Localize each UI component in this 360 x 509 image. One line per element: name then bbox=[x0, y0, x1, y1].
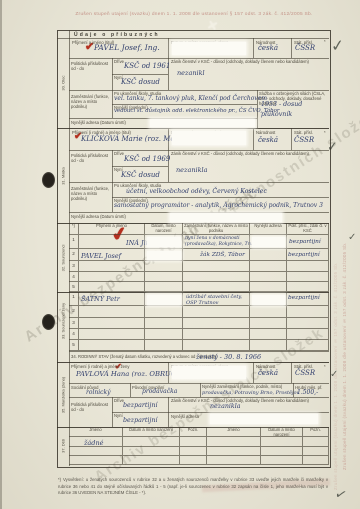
table-cell bbox=[250, 261, 287, 272]
table-cell bbox=[250, 340, 287, 351]
row-number: 4 bbox=[69, 272, 79, 282]
wife-sibling-job-value: údržbář stavební čety, OSP Trutnov bbox=[186, 294, 242, 306]
table-cell bbox=[250, 249, 287, 261]
row-number: 5 bbox=[69, 282, 79, 292]
label-current-address: Nynější adresa bbox=[171, 414, 199, 419]
grid-line bbox=[112, 150, 113, 212]
table-cell bbox=[250, 318, 287, 329]
column-header: Jméno bbox=[69, 427, 123, 437]
label-citizenship: Stát. přísl. bbox=[294, 130, 324, 135]
hole-punch-mark bbox=[42, 314, 55, 330]
table-cell bbox=[250, 306, 287, 318]
declassification-stamp-vertical: Zrušen stupeň utajení (svazku) dnem 1. 1… bbox=[342, 140, 347, 470]
wife-original-profession-value: prodavačka bbox=[142, 388, 177, 395]
father-name-value: PAVEL Josef, Ing. bbox=[94, 43, 160, 52]
label-employment: Zaměstnání (funkce, název a místo podnik… bbox=[71, 186, 111, 201]
table-cell bbox=[69, 456, 123, 465]
table-cell bbox=[79, 318, 145, 329]
scan-edge-shadow bbox=[0, 0, 2, 509]
grid-line bbox=[112, 412, 329, 413]
table-cell bbox=[287, 318, 329, 329]
form-title: Údaje o příbuzných bbox=[74, 32, 160, 38]
row-number: 4 bbox=[69, 329, 79, 340]
row-number: 3 bbox=[69, 261, 79, 272]
label-polit: Politická příslušnost od - do bbox=[71, 153, 109, 163]
wife-social-origin-value: rolnický bbox=[86, 389, 111, 396]
table-cell bbox=[287, 306, 329, 318]
declassification-stamp-vertical: Zrušen stupeň utajení (svazku) dnem 1. 1… bbox=[333, 230, 338, 490]
redaction-box bbox=[252, 295, 285, 305]
margin-label-mother: 31. Matka bbox=[61, 167, 66, 185]
table-cell bbox=[303, 437, 329, 447]
redaction-box bbox=[147, 237, 181, 247]
table-cell bbox=[250, 272, 287, 282]
father-military-value: 1953 - dosud plukovník bbox=[261, 100, 302, 119]
redaction-box bbox=[172, 131, 246, 145]
grid-line bbox=[291, 362, 292, 383]
table-cell bbox=[145, 261, 183, 272]
table-cell bbox=[79, 340, 145, 351]
table-cell bbox=[183, 261, 250, 272]
table-cell bbox=[287, 282, 329, 292]
column-header: Pozn. bbox=[180, 427, 207, 437]
table-cell bbox=[183, 318, 250, 329]
hole-punch-mark bbox=[42, 172, 55, 188]
father-polit-now-value: KSČ dosud bbox=[121, 78, 160, 86]
margin-label-father: 30. Otec bbox=[61, 75, 66, 90]
sibling-polit-value: bezpartijní bbox=[288, 252, 320, 258]
table-cell bbox=[145, 282, 183, 292]
grid-line bbox=[291, 38, 292, 58]
mother-polit-earlier-value: KSČ od 1969 bbox=[124, 155, 170, 163]
grid-line bbox=[112, 397, 113, 427]
sibling-polit-value: bezpartijní bbox=[289, 239, 321, 245]
grid-line bbox=[57, 362, 329, 363]
grid-line bbox=[168, 397, 169, 427]
column-header: Jméno bbox=[207, 427, 261, 437]
table-cell bbox=[79, 272, 145, 282]
children-table: Jméno Datum a místo narození Pozn. Jméno… bbox=[69, 427, 329, 465]
row-number: 1 bbox=[69, 235, 79, 249]
label-address-death: Nynější adresa (Datum úmrtí) bbox=[71, 214, 156, 219]
grid-line bbox=[112, 58, 113, 118]
label-address-death: Nynější adresa (Datum úmrtí) bbox=[71, 120, 156, 125]
table-cell bbox=[207, 437, 261, 447]
row-number: 5 bbox=[69, 340, 79, 351]
column-header: Zaměstnání, funkce, název a místo podnik… bbox=[183, 223, 250, 235]
wife-ksc-termination-value: nezanikla bbox=[210, 403, 241, 410]
row-number: 3 bbox=[69, 318, 79, 329]
table-cell bbox=[183, 340, 250, 351]
redaction-box bbox=[170, 213, 282, 222]
label-employment: Zaměstnání (funkce, název a místo podnik… bbox=[71, 94, 111, 109]
table-cell bbox=[261, 456, 303, 465]
label-ksc-termination: Zánik členství v KSČ - důvod (odchody, d… bbox=[171, 151, 323, 156]
column-header: Datum a místo narození bbox=[123, 427, 180, 437]
grid-line bbox=[200, 383, 201, 397]
redaction-box bbox=[172, 366, 246, 379]
table-cell bbox=[287, 272, 329, 282]
table-cell bbox=[207, 447, 261, 456]
wife-citizenship-value: ČSSR bbox=[295, 369, 315, 377]
table-cell bbox=[183, 272, 250, 282]
row-number: 2 bbox=[69, 306, 79, 318]
table-cell bbox=[207, 456, 261, 465]
table-cell bbox=[261, 447, 303, 456]
label-star: * bbox=[324, 364, 326, 369]
redaction-box bbox=[147, 251, 181, 260]
pen-checkmark-icon: ✓ bbox=[348, 232, 356, 243]
father-ksc-termination-value: nezanikl bbox=[177, 69, 205, 77]
table-cell bbox=[250, 329, 287, 340]
table-cell bbox=[183, 329, 250, 340]
table-cell bbox=[145, 318, 183, 329]
table-cell bbox=[123, 456, 180, 465]
table-cell bbox=[180, 456, 207, 465]
table-cell bbox=[145, 340, 183, 351]
column-header: Pozn. bbox=[303, 427, 329, 437]
father-job-current-value: vedoucí st. důstojník odd. elektronickéh… bbox=[114, 108, 279, 114]
label-nationality: Národnost bbox=[256, 130, 290, 135]
label-now: Nyní bbox=[114, 413, 123, 418]
label-current-employment: Nynější zaměstnání (funkce, podnik, míst… bbox=[202, 384, 290, 389]
label-wife-name: Příjmení (i rodné) a jméno ženy bbox=[71, 364, 163, 369]
mother-ksc-termination-value: nezanikla bbox=[176, 166, 208, 174]
column-header: Nynější adresa bbox=[250, 223, 287, 235]
grid-line bbox=[69, 383, 329, 384]
table-cell bbox=[287, 261, 329, 272]
mother-job-current-value: samostatný programátor - analytik, Agroc… bbox=[114, 202, 323, 209]
table-cell bbox=[79, 261, 145, 272]
wife-sibling-name-value: ŠATNÝ Petr bbox=[81, 295, 120, 303]
table-cell bbox=[261, 437, 303, 447]
label-star: * bbox=[324, 39, 326, 44]
grid-line bbox=[253, 362, 254, 383]
scanned-form-page: Zrušen stupeň utajení (svazku) dnem 1. 1… bbox=[0, 0, 360, 509]
pen-checkmark-icon: ✓ bbox=[330, 35, 345, 56]
table-cell bbox=[145, 306, 183, 318]
marital-status-value: ženatý - 30. 8. 1966 bbox=[196, 353, 261, 361]
table-cell bbox=[287, 329, 329, 340]
margin-label-children: 37. Děti bbox=[61, 439, 66, 453]
mother-job-after-school-value: účetní, velkoobchod oděvy, Červený Koste… bbox=[126, 188, 267, 195]
table-cell bbox=[183, 306, 250, 318]
grid-line bbox=[253, 128, 254, 150]
father-nationality-value: česká bbox=[258, 44, 278, 52]
label-ksc-termination: Zánik členství v KSČ - důvod (odchody, d… bbox=[171, 59, 323, 64]
pen-checkmark-icon: ✓ bbox=[330, 369, 338, 380]
grid-line bbox=[253, 38, 254, 58]
table-cell bbox=[287, 340, 329, 351]
wife-polit-earlier-value: bezpartijní bbox=[123, 402, 157, 409]
table-cell bbox=[123, 447, 180, 456]
column-header: *) bbox=[69, 223, 79, 235]
margin-label-siblings: 32. Sourozenci bbox=[61, 245, 66, 272]
redaction-box bbox=[252, 237, 285, 247]
table-cell bbox=[303, 447, 329, 456]
grid-line bbox=[130, 383, 131, 397]
table-cell bbox=[180, 447, 207, 456]
label-earlier: Dříve bbox=[114, 59, 124, 64]
children-none-value: žádné bbox=[84, 439, 104, 447]
label-polit: Politická příslušnost od - do bbox=[71, 402, 109, 412]
grid-line bbox=[57, 128, 329, 129]
grid-line bbox=[291, 128, 292, 150]
table-cell bbox=[79, 306, 145, 318]
label-ksc-termination: Zánik členství v KSČ - důvod (odchody, d… bbox=[171, 398, 323, 403]
wife-gross-monthly-value: 1.500,- bbox=[297, 389, 318, 396]
sibling-name-value: PAVEL Josef bbox=[81, 252, 121, 260]
sibling-job-value: žák ZDŠ, Tábor bbox=[200, 252, 245, 258]
redaction-box bbox=[150, 119, 255, 127]
table-cell bbox=[145, 272, 183, 282]
label-star: * bbox=[324, 130, 326, 135]
column-header: Polit. přísl., zdali čl. v KSČ bbox=[287, 223, 329, 235]
margin-label-wife: 35. Manželka (žena) bbox=[61, 377, 66, 413]
margin-label-wife-siblings: 33. Sourozenci ženy bbox=[61, 303, 66, 339]
father-job-after-school-value: vel. tanku, 7. tankový pluk, Klenčí pod … bbox=[114, 95, 267, 102]
mother-polit-now-value: KSČ dosud bbox=[121, 171, 160, 179]
column-header: Datum a místo narození bbox=[261, 427, 303, 437]
table-cell bbox=[303, 456, 329, 465]
redaction-box bbox=[172, 42, 246, 55]
mother-citizenship-value: ČSSR bbox=[294, 136, 314, 144]
label-earlier: Dříve bbox=[114, 151, 124, 156]
declassification-stamp: Zrušen stupeň utajení (svazku) dnem 1. 1… bbox=[66, 12, 322, 17]
wife-current-employment-value: prodavačka, Potraviny Brno, Prostějov bbox=[202, 390, 299, 396]
wife-nationality-value: česká bbox=[258, 369, 278, 377]
row-number: 1 bbox=[69, 292, 79, 306]
table-cell bbox=[180, 437, 207, 447]
table-cell bbox=[250, 282, 287, 292]
table-cell bbox=[123, 437, 180, 447]
grid-line bbox=[168, 38, 169, 58]
redaction-box bbox=[147, 295, 181, 305]
footnote: *) Vysvětlení: u ženatých sourozenců v r… bbox=[58, 477, 328, 497]
wife-polit-now-value: bezpartijní bbox=[123, 417, 157, 424]
label-polit: Politická příslušnost od - do bbox=[71, 61, 109, 71]
column-header: Datum, místo narození bbox=[145, 223, 183, 235]
mother-nationality-value: česká bbox=[258, 136, 278, 144]
row-number: 2 bbox=[69, 249, 79, 261]
table-cell bbox=[69, 447, 123, 456]
table-cell bbox=[79, 282, 145, 292]
father-polit-earlier-value: KSČ od 1961 bbox=[124, 62, 170, 70]
father-citizenship-value: ČSSR bbox=[295, 44, 315, 52]
column-header: Příjmení a jméno bbox=[79, 223, 145, 235]
wife-sibling-polit-value: bezpartijní bbox=[288, 295, 320, 301]
table-cell bbox=[79, 329, 145, 340]
table-cell bbox=[145, 329, 183, 340]
table-cell bbox=[183, 282, 250, 292]
redaction-box bbox=[210, 414, 318, 424]
